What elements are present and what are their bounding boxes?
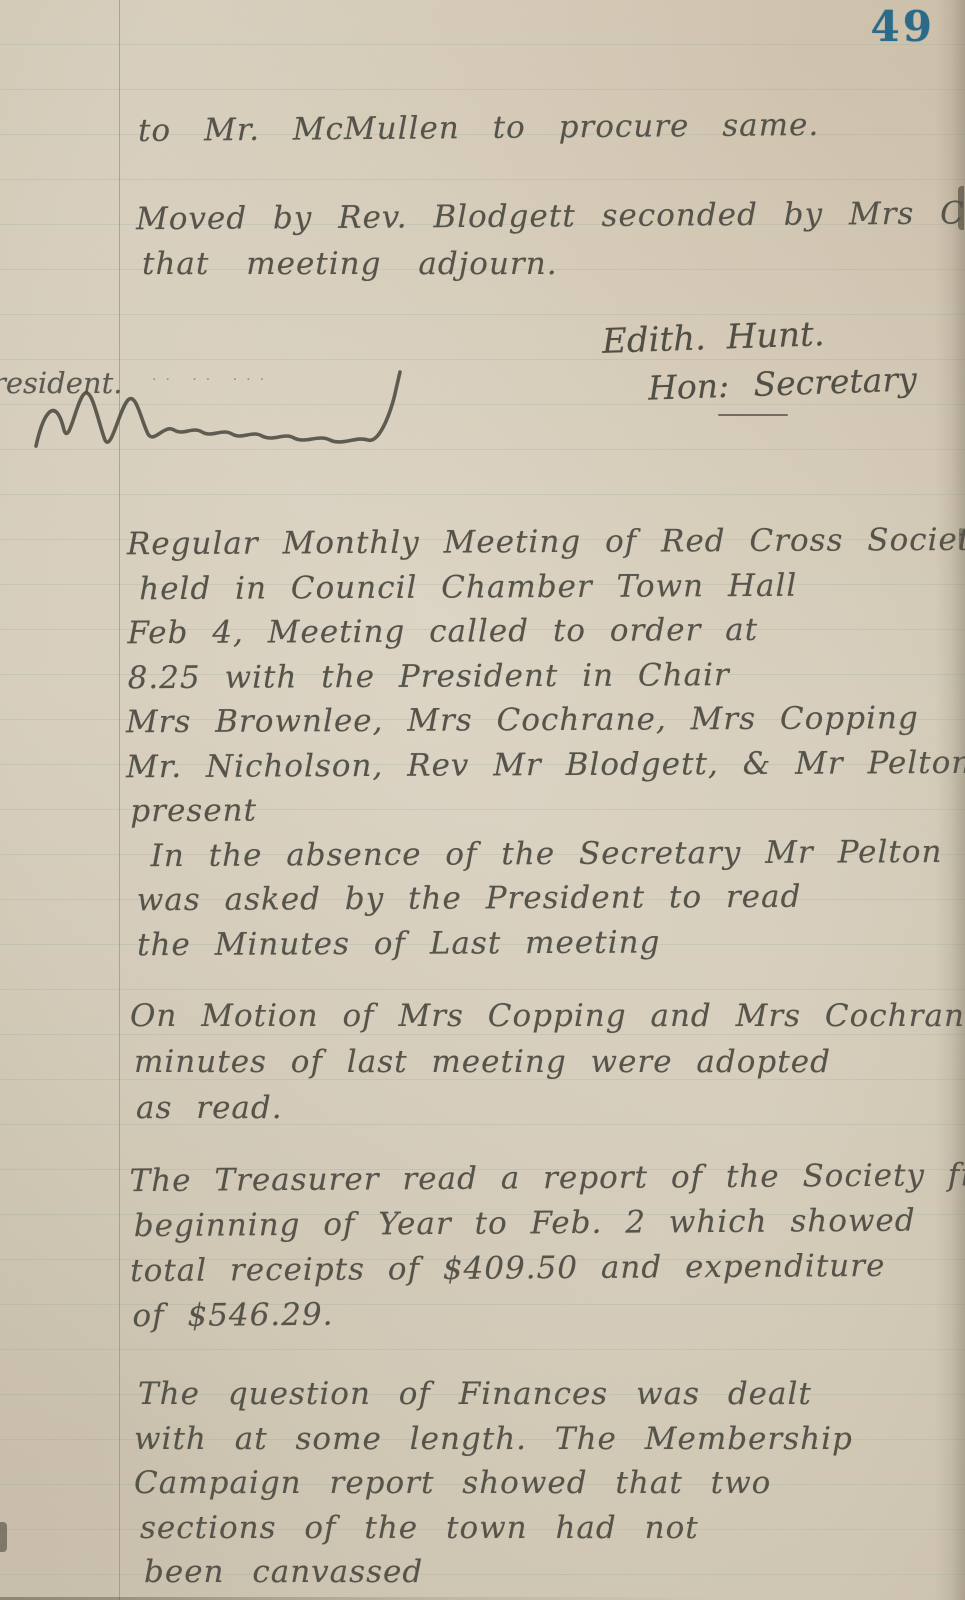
handwritten-line: The Treasurer read a report of the Socie… xyxy=(129,1153,965,1204)
handwritten-line: Regular Monthly Meeting of Red Cross Soc… xyxy=(127,518,965,567)
handwritten-line: was asked by the President to read xyxy=(137,874,965,923)
handwritten-line: with at some length. The Membership xyxy=(134,1417,853,1462)
page-corner-mark xyxy=(0,1522,7,1552)
handwritten-line: Mr. Nicholson, Rev Mr Blodgett, & Mr Pel… xyxy=(126,740,965,789)
handwritten-line: held in Council Chamber Town Hall xyxy=(139,562,965,611)
secretary-title: Hon: Secretary xyxy=(647,359,917,407)
handwritten-line: Campaign report showed that two xyxy=(134,1461,853,1506)
secretary-signature: Edith. Hunt. xyxy=(601,314,825,362)
handwritten-line: Mrs Brownlee, Mrs Cochrane, Mrs Copping xyxy=(126,696,965,745)
handwritten-line-procure: to Mr. McMullen to procure same. xyxy=(138,107,820,149)
handwritten-line: been canvassed xyxy=(144,1550,853,1595)
handwritten-line: The question of Finances was dealt xyxy=(138,1372,853,1417)
handwritten-line: In the absence of the Secretary Mr Pelto… xyxy=(150,829,965,878)
handwritten-line: On Motion of Mrs Copping and Mrs Cochran… xyxy=(130,993,965,1039)
minutes-motion-paragraph: On Motion of Mrs Copping and Mrs Cochran… xyxy=(130,993,965,1131)
handwritten-line: 8.25 with the President in Chair xyxy=(128,651,965,700)
handwritten-line: total receipts of $409.50 and expenditur… xyxy=(130,1243,965,1294)
handwritten-line: present xyxy=(130,785,965,834)
handwritten-line-adjourn-motion-1: Moved by Rev. Blodgett seconded by Mrs C… xyxy=(136,195,965,238)
margin-rule-line xyxy=(119,0,120,1600)
handwritten-line: minutes of last meeting were adopted xyxy=(134,1039,965,1085)
handwritten-line: of $546.29. xyxy=(132,1288,965,1339)
handwritten-line: as read. xyxy=(136,1085,965,1131)
handwritten-line: Feb 4, Meeting called to order at xyxy=(127,607,965,656)
secretary-title-underline xyxy=(718,414,788,416)
handwritten-line: the Minutes of Last meeting xyxy=(137,918,965,967)
handwritten-line: sections of the town had not xyxy=(140,1506,853,1551)
opening-paragraph: Regular Monthly Meeting of Red Cross Soc… xyxy=(125,518,965,968)
minute-book-page: 49 to Mr. McMullen to procure same. Move… xyxy=(0,0,965,1600)
treasurer-report-paragraph: The Treasurer read a report of the Socie… xyxy=(129,1153,965,1339)
president-signature-scrawl xyxy=(22,358,422,468)
handwritten-line-adjourn-motion-2: that meeting adjourn. xyxy=(142,246,558,282)
page-number: 49 xyxy=(871,2,935,51)
finances-paragraph: The question of Finances was dealt with … xyxy=(134,1372,853,1595)
handwritten-line: beginning of Year to Feb. 2 which showed xyxy=(134,1198,965,1249)
